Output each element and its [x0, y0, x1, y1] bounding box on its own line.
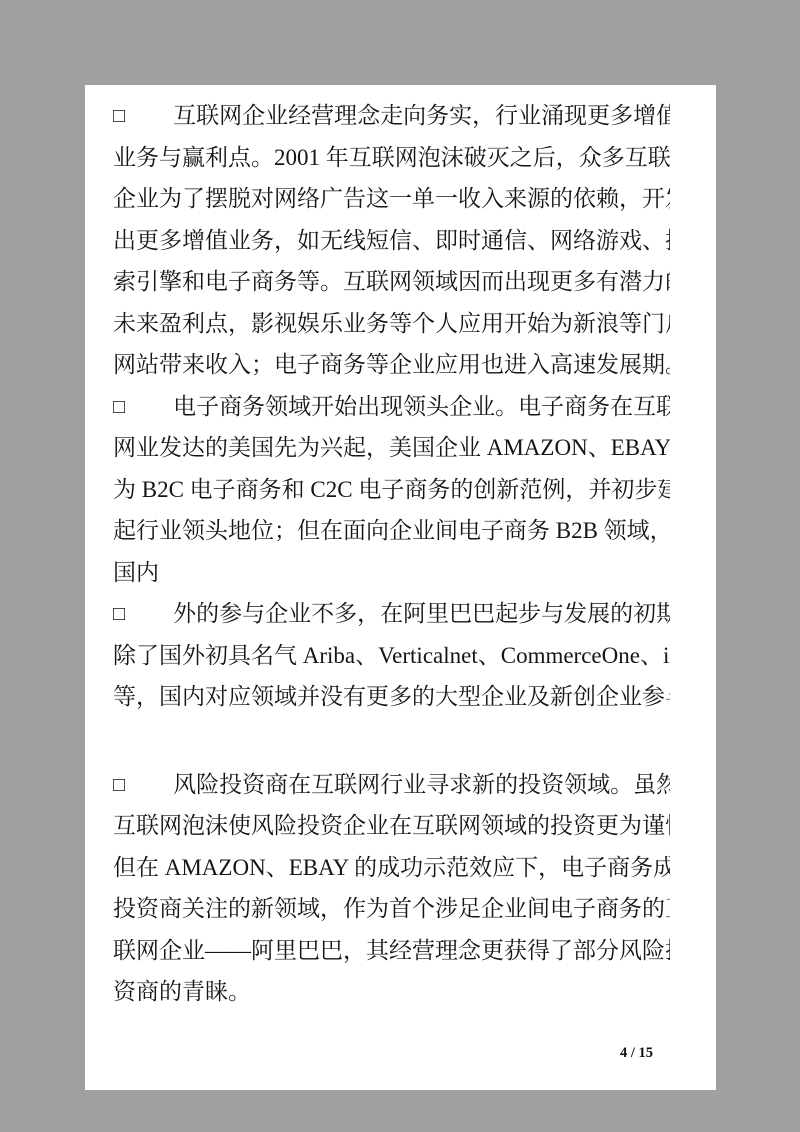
- text-line: 联网企业——阿里巴巴，其经营理念更获得了部分风险投: [113, 930, 670, 972]
- bullet-tab-spacer: [125, 122, 173, 123]
- bullet-tab-spacer: [125, 620, 173, 621]
- text-line: 投资商关注的新领域，作为首个涉足企业间电子商务的互: [113, 888, 670, 930]
- text-line: 资商的青睐。: [113, 971, 670, 1013]
- text-line: 除了国外初具名气 Ariba、Verticalnet、CommerceOne、i…: [113, 635, 670, 677]
- paragraph: □互联网企业经营理念走向务实，行业涌现更多增值 业务与赢利点。2001 年互联网…: [113, 95, 670, 386]
- text-line: 业务与赢利点。2001 年互联网泡沫破灭之后，众多互联网: [113, 137, 670, 179]
- document-page: □互联网企业经营理念走向务实，行业涌现更多增值 业务与赢利点。2001 年互联网…: [85, 85, 716, 1090]
- text-line: 电子商务领域开始出现领头企业。电子商务在互联: [173, 394, 670, 419]
- paragraph-first-line: □外的参与企业不多，在阿里巴巴起步与发展的初期，: [113, 593, 670, 635]
- paragraph-first-line: □风险投资商在互联网行业寻求新的投资领域。虽然: [113, 764, 670, 806]
- paragraph: □外的参与企业不多，在阿里巴巴起步与发展的初期， 除了国外初具名气 Ariba、…: [113, 593, 670, 718]
- text-line: 等，国内对应领域并没有更多的大型企业及新创企业参与。: [113, 676, 670, 718]
- text-line: 出更多增值业务，如无线短信、即时通信、网络游戏、搜: [113, 220, 670, 262]
- text-line: 起行业领头地位；但在面向企业间电子商务 B2B 领域，则: [113, 510, 670, 552]
- square-bullet-icon: □: [113, 396, 125, 418]
- text-line: 国内: [113, 552, 670, 594]
- document-viewer-canvas: □互联网企业经营理念走向务实，行业涌现更多增值 业务与赢利点。2001 年互联网…: [0, 0, 800, 1132]
- text-line: 未来盈利点，影视娱乐业务等个人应用开始为新浪等门户: [113, 303, 670, 345]
- paragraph-first-line: □电子商务领域开始出现领头企业。电子商务在互联: [113, 386, 670, 428]
- document-body-text: □互联网企业经营理念走向务实，行业涌现更多增值 业务与赢利点。2001 年互联网…: [113, 95, 670, 1013]
- text-line: 但在 AMAZON、EBAY 的成功示范效应下，电子商务成为风险: [113, 847, 670, 889]
- square-bullet-icon: □: [113, 603, 125, 625]
- paragraph: □电子商务领域开始出现领头企业。电子商务在互联 网业发达的美国先为兴起，美国企业…: [113, 386, 670, 594]
- text-line: 企业为了摆脱对网络广告这一单一收入来源的依赖，开发: [113, 178, 670, 220]
- text-line: 风险投资商在互联网行业寻求新的投资领域。虽然: [173, 772, 670, 797]
- bullet-tab-spacer: [125, 791, 173, 792]
- text-line: 网业发达的美国先为兴起，美国企业 AMAZON、EBAY 先后成: [113, 427, 670, 469]
- text-line: 索引擎和电子商务等。互联网领域因而出现更多有潜力的: [113, 261, 670, 303]
- text-line: 外的参与企业不多，在阿里巴巴起步与发展的初期，: [173, 601, 670, 626]
- square-bullet-icon: □: [113, 774, 125, 796]
- paragraph-first-line: □互联网企业经营理念走向务实，行业涌现更多增值: [113, 95, 670, 137]
- bullet-tab-spacer: [125, 413, 173, 414]
- text-line: 网站带来收入；电子商务等企业应用也进入高速发展期。: [113, 344, 670, 386]
- paragraph: □风险投资商在互联网行业寻求新的投资领域。虽然 互联网泡沫使风险投资企业在互联网…: [113, 764, 670, 1013]
- page-number-indicator: 4 / 15: [113, 1045, 653, 1062]
- text-line: 为 B2C 电子商务和 C2C 电子商务的创新范例，并初步建立: [113, 469, 670, 511]
- text-line: 互联网泡沫使风险投资企业在互联网领域的投资更为谨慎，: [113, 805, 670, 847]
- square-bullet-icon: □: [113, 105, 125, 127]
- text-line: 互联网企业经营理念走向务实，行业涌现更多增值: [173, 103, 670, 128]
